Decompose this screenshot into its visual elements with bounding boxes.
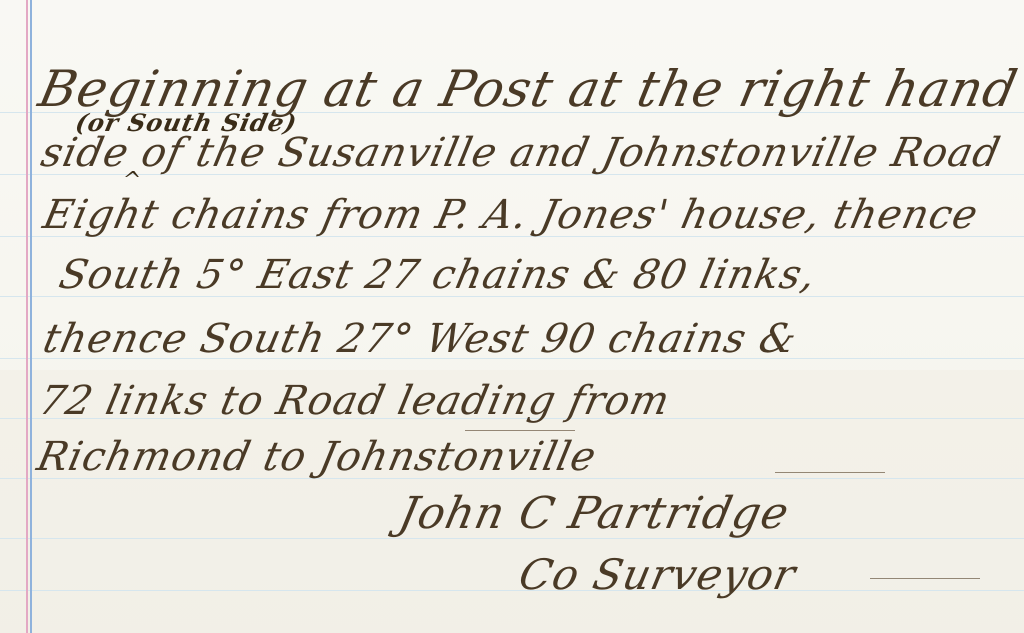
ruled-line [0, 590, 1024, 591]
margin-line-blue [30, 0, 32, 633]
signature-name: John C Partridge [395, 488, 794, 539]
signature-tail-flourish [870, 578, 980, 579]
text-line-6: 72 links to Road leading from [35, 378, 674, 424]
underline-leading [465, 430, 575, 431]
insertion-caret: ^ [119, 168, 144, 193]
text-line-7: Richmond to Johnstonville [33, 434, 601, 480]
text-line-5: thence South 27° West 90 chains & [39, 316, 801, 362]
signature-flourish [775, 472, 885, 473]
margin-line-red [26, 0, 28, 633]
document-page: Beginning at a Post at the right hand (o… [0, 0, 1024, 633]
signature-title: Co Surveyor [515, 550, 801, 599]
text-line-2: side of the Susanville and Johnstonville… [37, 130, 1005, 176]
text-line-4: South 5° East 27 chains & 80 links, [55, 252, 820, 298]
text-line-3: Eight chains from P. A. Jones' house, th… [39, 192, 982, 238]
